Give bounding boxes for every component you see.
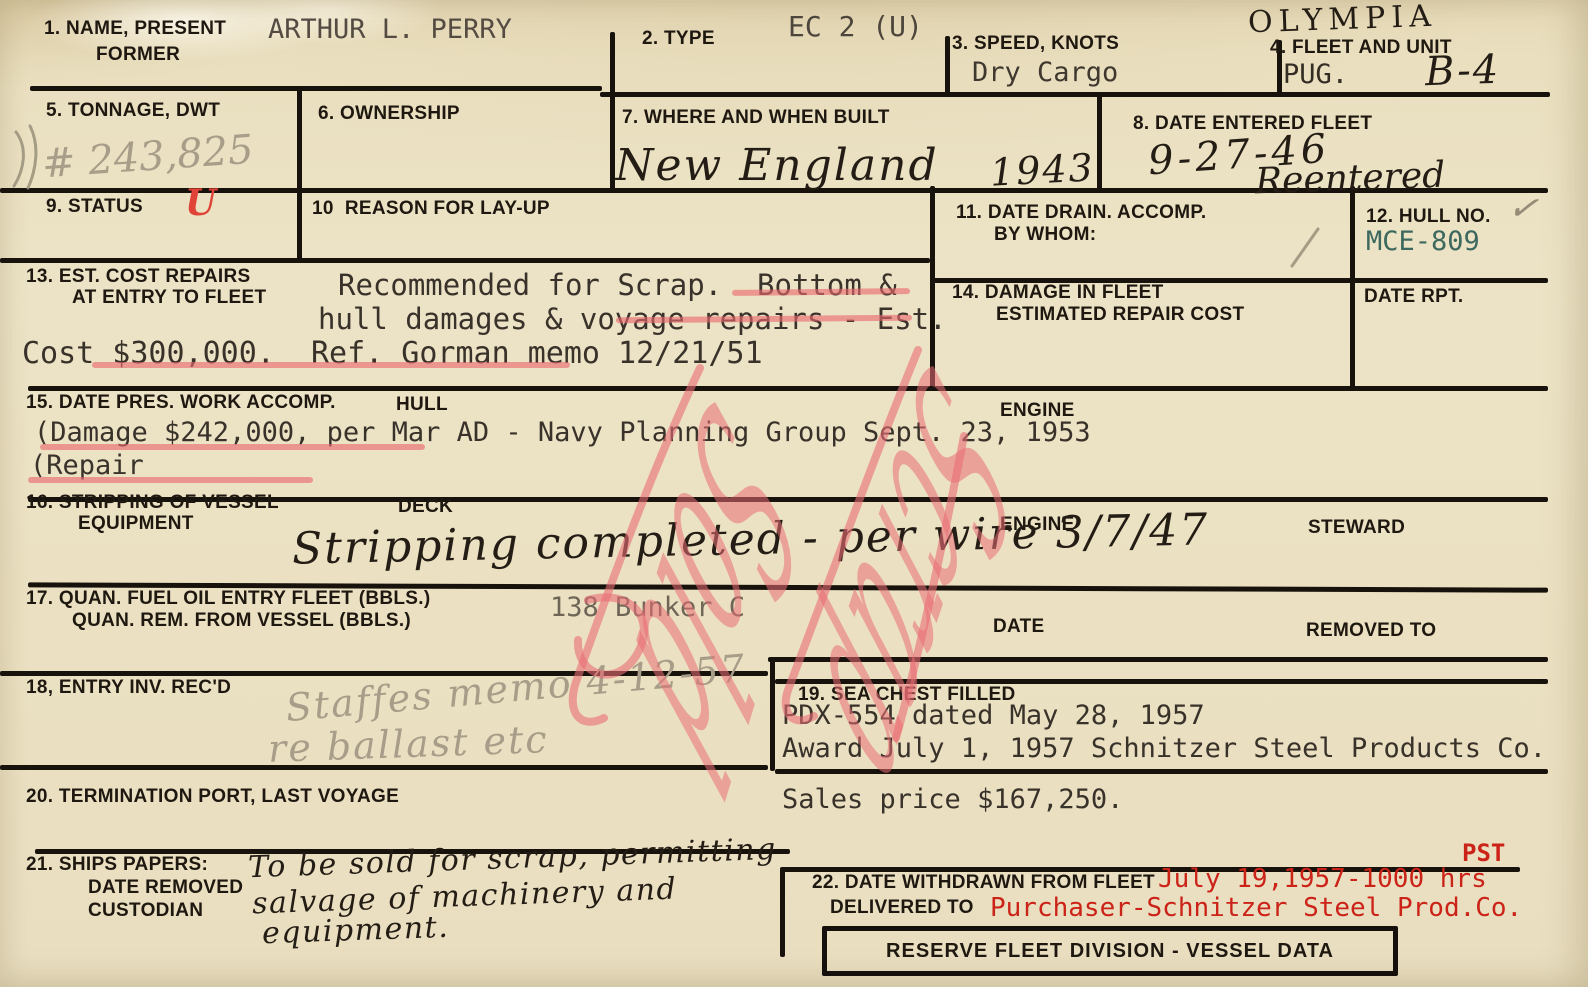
pencil-slash-mark: [1292, 229, 1318, 266]
rule-row7-bottom-right: [768, 657, 1548, 662]
fleet-unit-handwritten: B-4: [1424, 47, 1501, 96]
entry-inv-pencil-line2: re ballast etc: [267, 717, 549, 771]
field21-label2: DATE REMOVED: [88, 877, 243, 899]
red-underline-cost: [92, 362, 570, 368]
field9-label: 9. STATUS: [46, 196, 143, 218]
field21-label3: CUSTODIAN: [88, 900, 203, 922]
field18-label: 18, ENTRY INV. REC'D: [26, 677, 231, 699]
hull-no-value: MCE-809: [1366, 226, 1480, 257]
fuel-value: 138 Bunker C: [550, 592, 745, 623]
tonnage-pencil-value: # 243,825: [41, 127, 255, 188]
rule-top-right: [600, 92, 1550, 97]
timezone-stamp: PST: [1462, 839, 1505, 867]
footer-title: RESERVE FLEET DIVISION - VESSEL DATA: [886, 940, 1334, 963]
divider-built-entered: [1097, 94, 1102, 190]
field22-delivered-label: DELIVERED TO: [830, 897, 974, 919]
field6-label: 6. OWNERSHIP: [318, 103, 460, 125]
field16-steward-label: STEWARD: [1308, 517, 1405, 539]
divider-type-speed: [945, 36, 950, 94]
field15-hull-label: HULL: [396, 394, 448, 416]
field17-date-label: DATE: [993, 616, 1045, 638]
field2-label: 2. TYPE: [642, 28, 715, 50]
rule-row4-bottom: [28, 386, 1548, 391]
entered-note-handwritten: Reentered: [1254, 155, 1446, 203]
divider-entryinv-seachest: [770, 657, 775, 771]
field7-label: 7. WHERE AND WHEN BUILT: [622, 107, 890, 129]
field10-label: 10 REASON FOR LAY-UP: [312, 198, 550, 220]
red-underline-repair: [28, 477, 313, 483]
divider-drain-hull: [1350, 186, 1355, 388]
field16-label2: EQUIPMENT: [78, 513, 194, 535]
field13-label: 13. EST. COST REPAIRS: [26, 266, 251, 288]
field21-label: 21. SHIPS PAPERS:: [26, 854, 208, 876]
footer-title-box: RESERVE FLEET DIVISION - VESSEL DATA: [822, 926, 1398, 976]
field17-label: 17. QUAN. FUEL OIL ENTRY FLEET (BBLS.): [26, 588, 430, 610]
sales-price-line: Sales price $167,250.: [782, 784, 1123, 815]
field12-label: 12. HULL NO.: [1366, 206, 1491, 228]
field14-label: 14. DAMAGE IN FLEET: [952, 282, 1164, 304]
built-place-handwritten: New England: [615, 140, 939, 191]
papers-note-line3: equipment.: [261, 910, 449, 952]
built-year-handwritten: 1943: [989, 145, 1096, 194]
field17-label2: QUAN. REM. FROM VESSEL (BBLS.): [72, 610, 411, 632]
pencil-squiggle-tonnage: [14, 126, 36, 188]
field3-label: 3. SPEED, KNOTS: [952, 33, 1119, 55]
divider-papers-withdrawn: [780, 869, 785, 957]
fleet-value: PUG.: [1283, 59, 1348, 90]
type-value: EC 2 (U): [788, 10, 923, 43]
hull-check-mark: ✓: [1505, 186, 1541, 231]
field15-label: 15. DATE PRES. WORK ACCOMP.: [26, 392, 336, 414]
withdrawn-date-value: July 19,1957-1000 hrs: [1158, 864, 1487, 894]
field22-label: 22. DATE WITHDRAWN FROM FLEET: [812, 872, 1155, 894]
delivered-to-value: Purchaser-Schnitzer Steel Prod.Co.: [990, 893, 1522, 923]
vessel-name-value: ARTHUR L. PERRY: [268, 14, 512, 45]
field11-label: 11. DATE DRAIN. ACCOMP.: [956, 202, 1206, 224]
field5-label: 5. TONNAGE, DWT: [46, 100, 220, 122]
field13-label2: AT ENTRY TO FLEET: [72, 287, 266, 309]
divider-tonnage-ownership: [297, 86, 302, 260]
port-handwritten-olympia: OLYMPIA: [1247, 0, 1437, 40]
vessel-data-card: 1. NAME, PRESENT FORMER ARTHUR L. PERRY …: [0, 0, 1588, 987]
date-rpt-label: DATE RPT.: [1364, 286, 1463, 308]
est-cost-line1: Recommended for Scrap. Bottom &: [338, 268, 897, 302]
sea-chest-line1: PDX-554 dated May 28, 1957: [782, 700, 1205, 731]
speed-value: Dry Cargo: [972, 57, 1118, 88]
field20-label: 20. TERMINATION PORT, LAST VOYAGE: [26, 786, 399, 808]
red-underline-damage: [40, 444, 425, 450]
field16-deck-label: DECK: [398, 496, 453, 518]
field16-label: 16. STRIPPING OF VESSEL: [26, 492, 279, 514]
field14-label2: ESTIMATED REPAIR COST: [996, 304, 1244, 326]
field11-label2: BY WHOM:: [994, 224, 1096, 246]
field1-former-label: FORMER: [96, 44, 180, 66]
field17-removed-label: REMOVED TO: [1306, 620, 1436, 642]
rule-top-left: [30, 86, 602, 91]
status-red-mark: U: [185, 182, 216, 224]
rule-box19-bottom: [775, 769, 1548, 774]
rule-row3-bottom-left: [0, 258, 930, 263]
divider-layup-drain: [930, 186, 935, 388]
field1-label: 1. NAME, PRESENT: [44, 18, 226, 40]
sea-chest-line2: Award July 1, 1957 Schnitzer Steel Produ…: [782, 733, 1546, 764]
